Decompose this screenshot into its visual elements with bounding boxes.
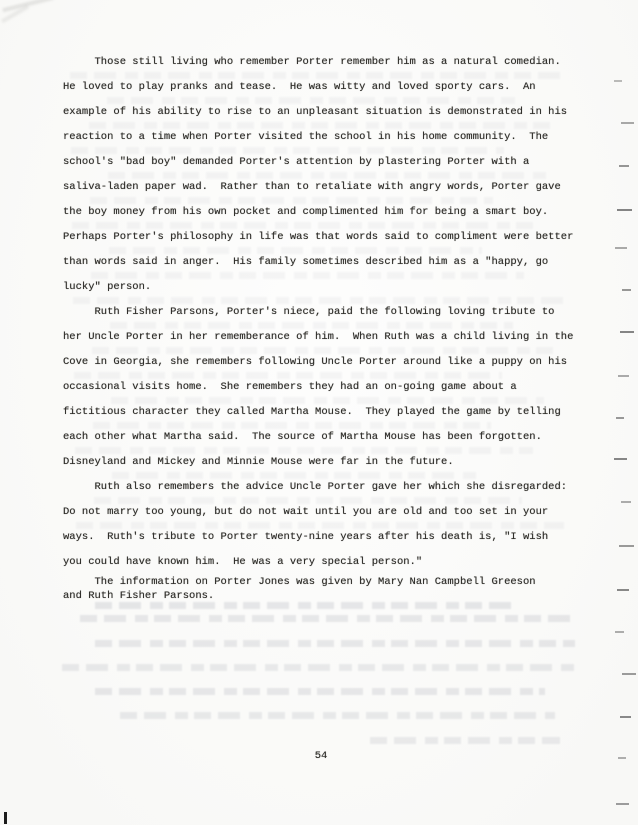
bleed-through-line (95, 602, 515, 609)
scan-dash-mark (615, 631, 624, 633)
scan-dash-mark (616, 803, 629, 805)
bleed-through-line (95, 688, 545, 695)
scan-dash-mark (620, 716, 631, 718)
bleed-through-line (95, 640, 575, 647)
paragraph: The information on Porter Jones was give… (63, 575, 579, 603)
scan-dash-mark (619, 165, 629, 167)
scan-dash-mark (622, 289, 631, 291)
scan-dash-mark (620, 331, 634, 333)
paragraph: Ruth Fisher Parsons, Porter's niece, pai… (63, 300, 579, 475)
bleed-through-line (62, 664, 577, 671)
scan-dash-mark (617, 209, 632, 211)
bleed-through-line (80, 615, 575, 622)
scan-dash-mark (619, 545, 634, 547)
edge-mark (4, 812, 7, 824)
bleed-through-line (120, 712, 555, 719)
scan-dash-mark (618, 375, 629, 377)
document-body: Those still living who remember Porter r… (63, 50, 579, 603)
scan-dash-mark (621, 501, 631, 503)
page-number: 54 (63, 750, 579, 762)
scan-dash-mark (617, 589, 629, 591)
scan-dash-mark (614, 80, 622, 82)
scan-dash-mark (618, 757, 626, 759)
bleed-through-line (370, 737, 560, 744)
scan-dash-mark (621, 122, 634, 124)
scanned-document-page: Those still living who remember Porter r… (0, 0, 638, 825)
scan-dash-mark (622, 673, 636, 675)
scan-dash-mark (616, 417, 624, 419)
scan-dash-mark (614, 458, 627, 460)
scan-dash-mark (615, 247, 627, 249)
paragraph: Ruth also remembers the advice Uncle Por… (63, 475, 579, 575)
paragraph: Those still living who remember Porter r… (63, 50, 579, 300)
